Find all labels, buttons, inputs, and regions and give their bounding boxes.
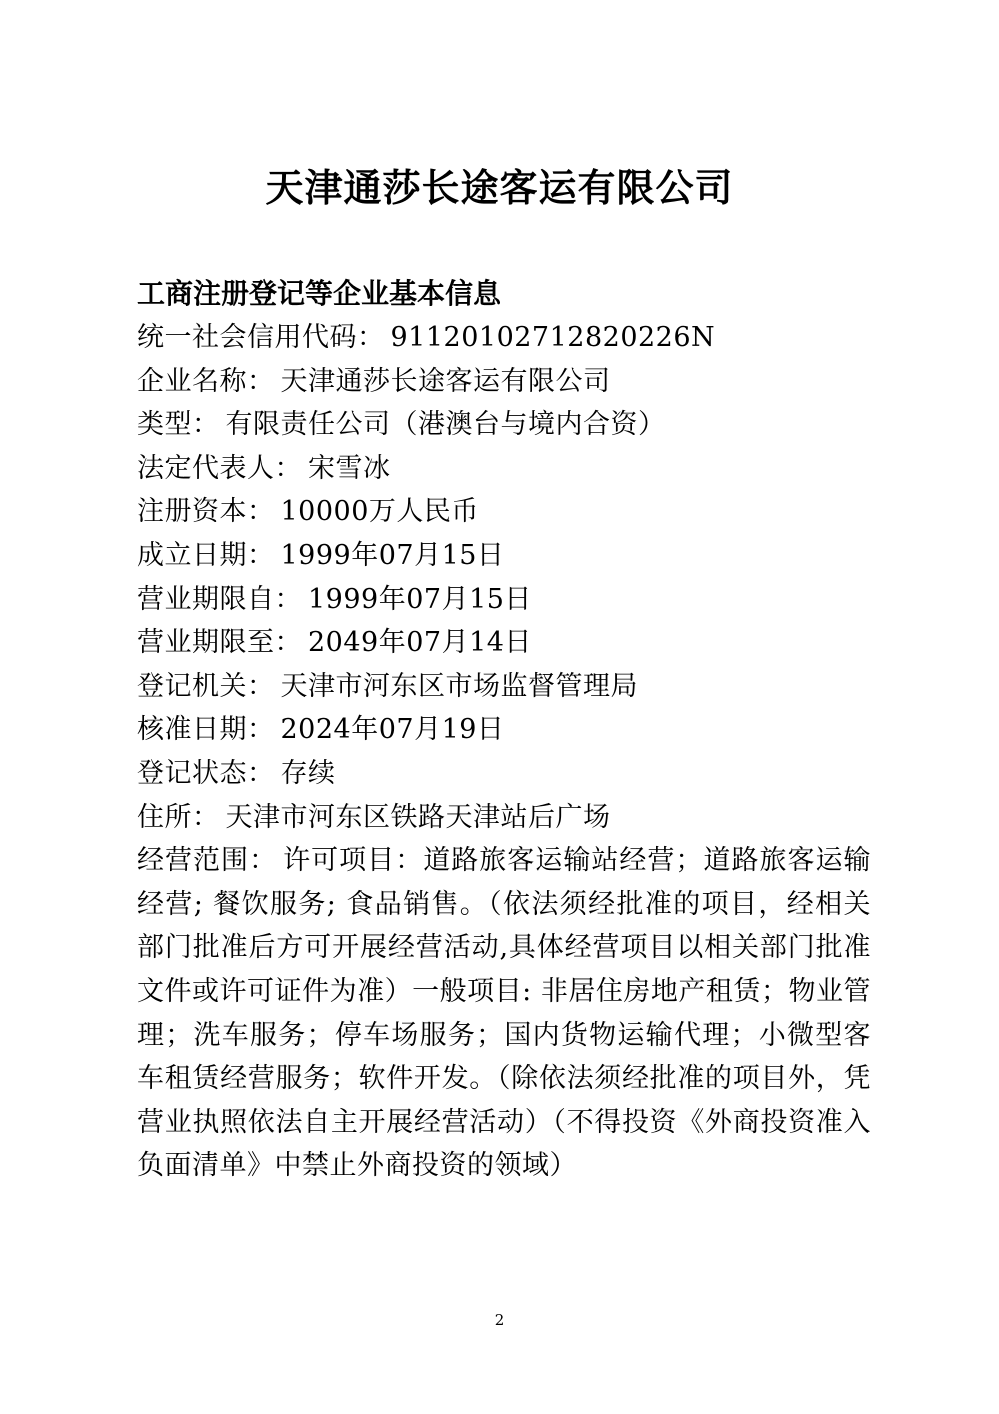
field-separator: ：	[247, 496, 275, 527]
field-separator: ：	[275, 584, 303, 615]
field-label: 营业期限自	[137, 584, 275, 615]
field-label: 营业期限至	[137, 627, 275, 658]
field-row-approval-date: 核准日期：2024年07月19日	[137, 708, 871, 752]
field-separator: ：	[247, 366, 275, 397]
field-label: 法定代表人	[137, 453, 275, 484]
field-row-term-to: 营业期限至：2049年07月14日	[137, 621, 871, 665]
field-separator: ：	[192, 409, 220, 440]
field-row-address: 住所：天津市河东区铁路天津站后广场	[137, 796, 871, 840]
field-value: 91120102712820226N	[391, 322, 716, 353]
field-value: 2024年07月19日	[281, 714, 505, 745]
field-separator: ：	[275, 627, 303, 658]
field-label: 住所	[137, 802, 192, 833]
document-body: 工商注册登记等企业基本信息 统一社会信用代码：91120102712820226…	[137, 272, 871, 1188]
field-row-registration-authority: 登记机关：天津市河东区市场监督管理局	[137, 665, 871, 709]
field-value: 许可项目：道路旅客运输站经营；道路旅客运输经营; 餐饮服务; 食品销售。（依法须…	[137, 845, 871, 1181]
field-row-establish-date: 成立日期：1999年07月15日	[137, 534, 871, 578]
field-value: 宋雪冰	[308, 453, 391, 484]
field-separator: ：	[247, 671, 275, 702]
field-separator: ：	[247, 758, 275, 789]
field-row-company-type: 类型：有限责任公司（港澳台与境内合资）	[137, 403, 871, 447]
field-value: 天津市河东区铁路天津站后广场	[226, 802, 611, 833]
field-label: 登记状态	[137, 758, 247, 789]
field-label: 类型	[137, 409, 192, 440]
field-label: 企业名称	[137, 366, 247, 397]
field-separator: ：	[249, 845, 277, 876]
document-page: 天津通莎长途客运有限公司 工商注册登记等企业基本信息 统一社会信用代码：9112…	[0, 0, 999, 1414]
field-label: 注册资本	[137, 496, 247, 527]
field-row-credit-code: 统一社会信用代码：91120102712820226N	[137, 316, 871, 360]
field-value: 2049年07月14日	[308, 627, 532, 658]
field-row-registered-capital: 注册资本：10000万人民币	[137, 490, 871, 534]
field-separator: ：	[247, 714, 275, 745]
field-value: 存续	[281, 758, 336, 789]
field-label: 经营范围	[137, 845, 249, 876]
field-label: 成立日期	[137, 540, 247, 571]
field-value: 天津通莎长途客运有限公司	[281, 366, 611, 397]
field-row-term-from: 营业期限自：1999年07月15日	[137, 578, 871, 622]
field-row-business-scope: 经营范围：许可项目：道路旅客运输站经营；道路旅客运输经营; 餐饮服务; 食品销售…	[137, 839, 871, 1188]
field-separator: ：	[192, 802, 220, 833]
field-label: 核准日期	[137, 714, 247, 745]
field-separator: ：	[357, 322, 385, 353]
field-label: 登记机关	[137, 671, 247, 702]
page-number: 2	[0, 1310, 999, 1330]
field-row-company-name: 企业名称：天津通莎长途客运有限公司	[137, 360, 871, 404]
field-value: 10000万人民币	[281, 496, 479, 527]
field-row-legal-representative: 法定代表人：宋雪冰	[137, 447, 871, 491]
field-value: 1999年07月15日	[281, 540, 505, 571]
field-separator: ：	[275, 453, 303, 484]
field-row-registration-status: 登记状态：存续	[137, 752, 871, 796]
field-separator: ：	[247, 540, 275, 571]
field-label: 统一社会信用代码	[137, 322, 357, 353]
field-value: 1999年07月15日	[308, 584, 532, 615]
field-value: 有限责任公司（港澳台与境内合资）	[226, 409, 666, 440]
field-value: 天津市河东区市场监督管理局	[281, 671, 639, 702]
document-title: 天津通莎长途客运有限公司	[0, 165, 999, 213]
section-heading: 工商注册登记等企业基本信息	[137, 272, 871, 316]
